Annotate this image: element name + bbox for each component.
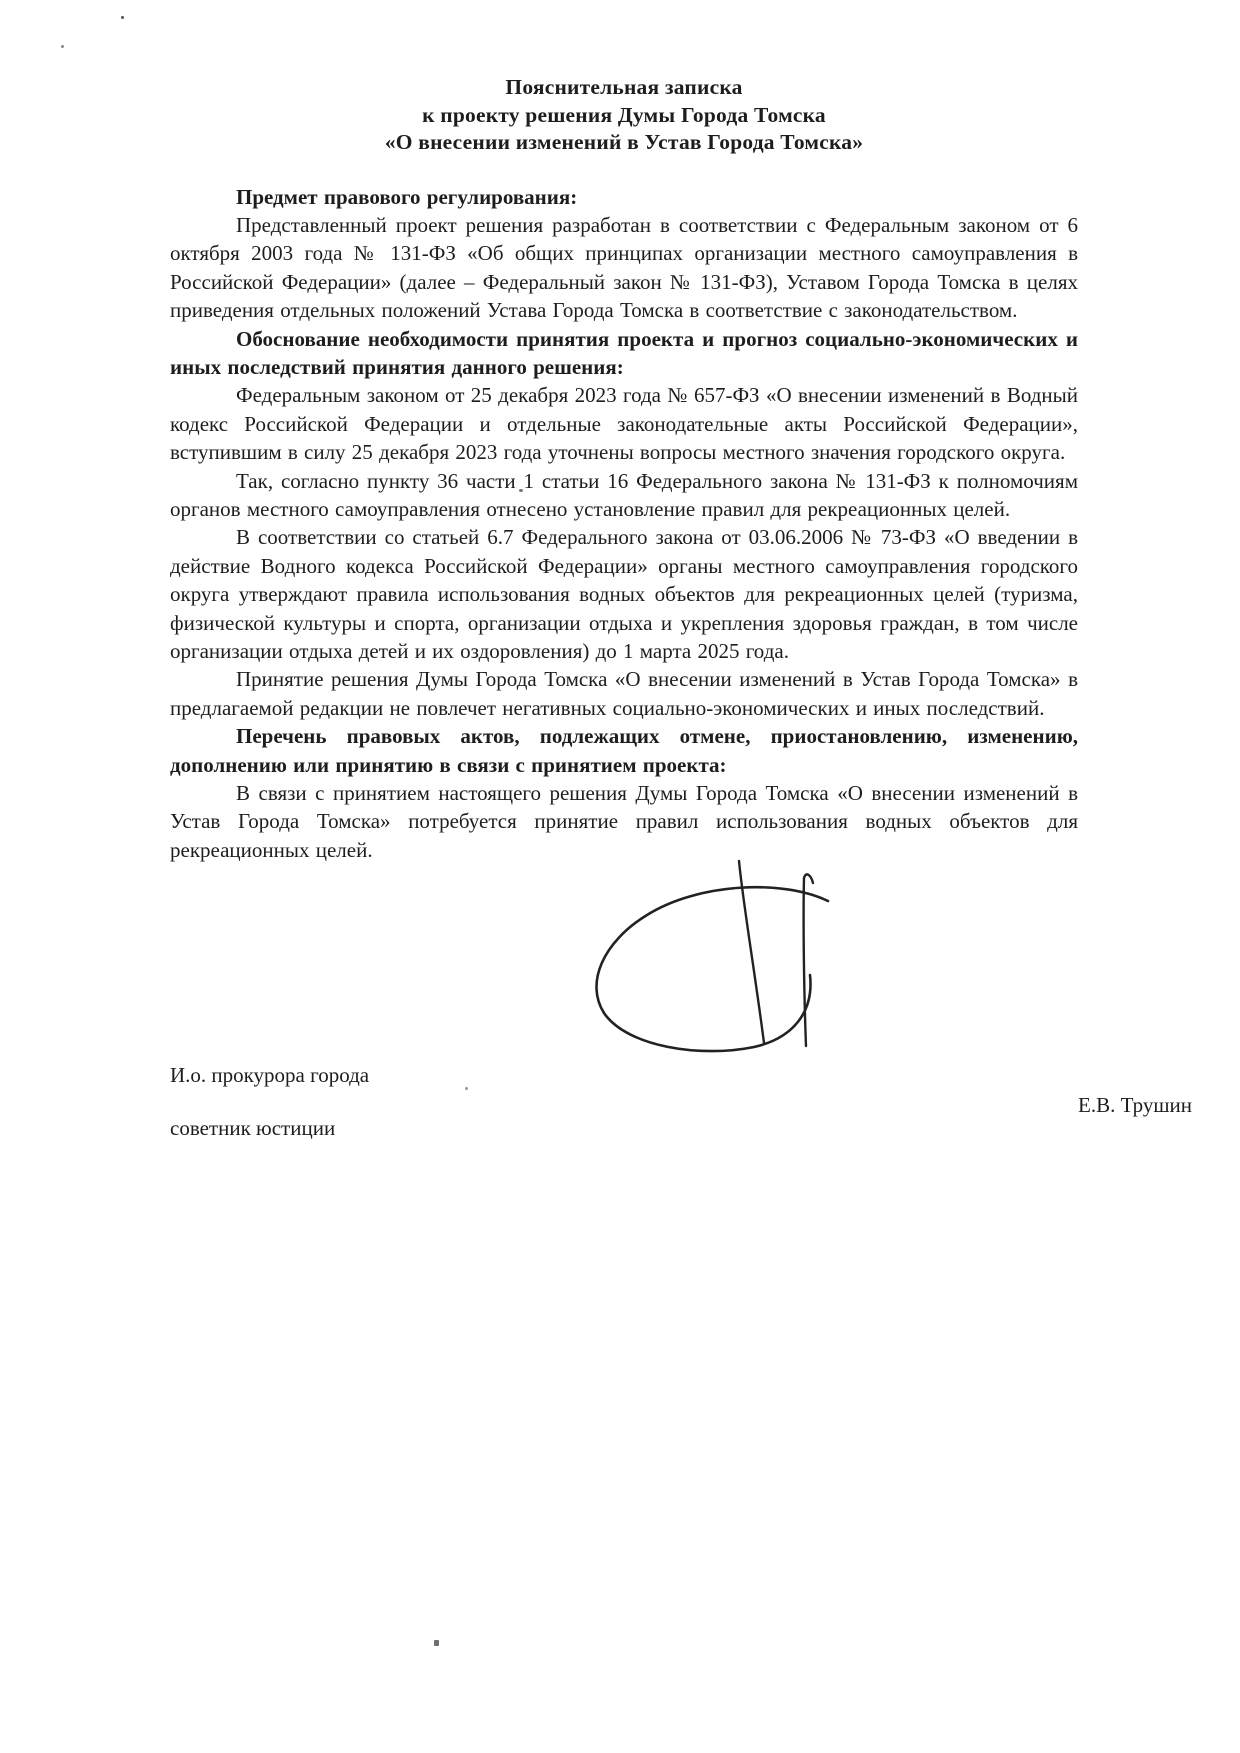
- section-heading-justification: Обоснование необходимости принятия проек…: [170, 325, 1078, 382]
- title-line: Пояснительная записка: [170, 74, 1078, 102]
- scan-speck: [519, 489, 523, 492]
- document-content: Пояснительная записка к проекту решения …: [170, 74, 1078, 864]
- signer-position-line-1: И.о. прокурора города: [170, 1062, 369, 1088]
- title-line: к проекту решения Думы Города Томска: [170, 102, 1078, 130]
- paragraph: Федеральным законом от 25 декабря 2023 г…: [170, 381, 1078, 466]
- paragraph: В связи с принятием настоящего решения Д…: [170, 779, 1078, 864]
- paragraph: В соответствии со статьей 6.7 Федерально…: [170, 523, 1078, 665]
- scan-speck: [121, 16, 124, 19]
- title-line: «О внесении изменений в Устав Города Том…: [170, 129, 1078, 157]
- scan-speck: [465, 1087, 468, 1090]
- document-body: Предмет правового регулирования: Предста…: [170, 183, 1078, 865]
- section-heading-subject: Предмет правового регулирования:: [170, 183, 1078, 211]
- document-page: Пояснительная записка к проекту решения …: [0, 0, 1240, 1753]
- scan-speck: [434, 1640, 439, 1646]
- scan-speck: [61, 45, 64, 48]
- paragraph: Принятие решения Думы Города Томска «О в…: [170, 665, 1078, 722]
- section-heading-acts-list: Перечень правовых актов, подлежащих отме…: [170, 722, 1078, 779]
- handwritten-signature-icon: [573, 843, 855, 1059]
- document-title: Пояснительная записка к проекту решения …: [170, 74, 1078, 157]
- signer-name: Е.В. Трушин: [1078, 1092, 1192, 1118]
- paragraph: Так, согласно пункту 36 части 1 статьи 1…: [170, 467, 1078, 524]
- signer-position-line-2: советник юстиции: [170, 1115, 335, 1141]
- paragraph: Представленный проект решения разработан…: [170, 211, 1078, 325]
